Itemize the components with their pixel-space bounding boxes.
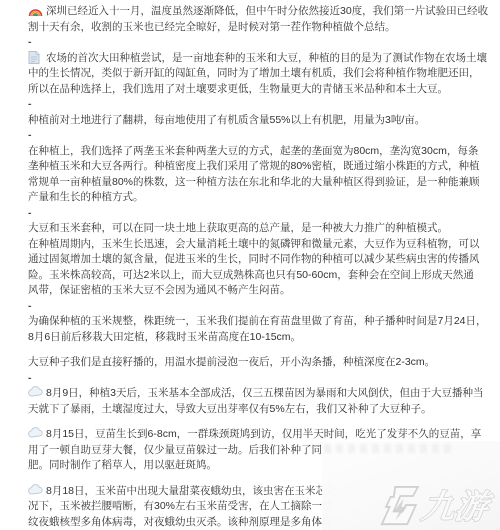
text-line-content: 大豆种子我们是直接籽播的，用温水提前浸泡一夜后，开小沟条播，种植深度在2-3cm… xyxy=(28,356,435,368)
text-line: 深圳已经近入十一月，温度虽然逐渐降低，但中午时分依然接近30度，我们第一片试验田… xyxy=(28,4,494,20)
text-line-content: 割十天有余，收割的玉米也已经完全晾好，是时候对第一茬作物种植做个总结。 xyxy=(28,21,396,33)
text-line-content: 肥。同时制作了稻草人，用以驱赶斑鸠。 xyxy=(28,459,217,471)
cloud-icon xyxy=(28,484,43,496)
text-line-content: 垄种植玉米和大豆各两行。种植密度上我们采用了常规的80%密植，既通过缩小株距的方… xyxy=(28,160,480,172)
text-line-content: 纹夜蛾核型多角体病毒，对夜蛾幼虫灭杀。该种剂原理是多角体病 xyxy=(28,516,333,528)
obscured-text-smudge xyxy=(324,444,454,453)
text-line-content: 用了一顿自助豆芽大餐，仅少量豆苗躲过一劫。后我们补种了同为 xyxy=(28,444,333,456)
text-line-content: 风带，保证密植的玉米大豆不会因为通风不畅产生闷苗。 xyxy=(28,284,291,296)
cloud-icon xyxy=(28,427,43,439)
text-line-content: 险。玉米株高较高，可达2米以上，而大豆成熟株高也只有50-60cm，套种会在空间… xyxy=(28,269,474,281)
text-line-content: 况下，玉米被拦腰啃断，有30%左右玉米苗受害，在人工摘除一部 xyxy=(28,500,333,512)
cloud-icon xyxy=(28,386,43,398)
article-page: 深圳已经近入十一月，温度虽然逐渐降低，但中午时分依然接近30度，我们第一片试验田… xyxy=(0,0,500,530)
paragraph-divider: - xyxy=(28,299,494,315)
text-line: 在种植周期内，玉米生长迅速，会大量消耗土壤中的氮磷钾和微量元素，大豆作为豆科植物… xyxy=(28,237,494,253)
text-line: 天就下了暴雨，土壤湿度过大，导致大豆出芽率仅有5%左右，我们又补种了大豆种子。 xyxy=(28,402,494,418)
text-line: 在种植上，我们选择了两垄玉米套种两垄大豆的方式，起垄的垄面宽为80cm，垄沟宽3… xyxy=(28,144,494,160)
paragraph-divider: - xyxy=(28,35,494,51)
paragraph-divider: - xyxy=(28,97,494,113)
paragraph: 8月9日，种植3天后，玉米基本全部成活，仅三五棵苗因为暴雨和大风倒伏，但由于大豆… xyxy=(28,386,494,417)
text-line-content: 8月18日，玉米苗中出现大量甜菜夜蛾幼虫，该虫害在玉米芯处 xyxy=(46,485,337,497)
text-line-content: 所以在品种选择上，我们选用了对土壤要求更低，生物量更大的青储玉米品种和本土大豆。 xyxy=(28,83,448,95)
text-line-content: 在种植周期内，玉米生长迅速，会大量消耗土壤中的氮磷钾和微量元素，大豆作为豆科植物… xyxy=(28,238,480,250)
text-line: 所以在品种选择上，我们选用了对土壤要求更低，生物量更大的青储玉米品种和本土大豆。 xyxy=(28,82,494,98)
watermark-text: 九游 xyxy=(417,484,500,528)
paragraph-divider: - xyxy=(28,206,494,222)
text-line: 垄种植玉米和大豆各两行。种植密度上我们采用了常规的80%密植，既通过缩小株距的方… xyxy=(28,159,494,175)
watermark-overlay: 九游 xyxy=(322,441,500,530)
text-line-content: 8月15日，豆苗生长到6-8cm，一群珠颈斑鸠到访，仅用半天时间，吃光了发芽不久… xyxy=(46,428,481,440)
text-line: 中的生长情况，类似于新开缸的闯缸鱼，同时为了增加土壤有机质，我们会将种植作物堆肥… xyxy=(28,66,494,82)
jiuyou-logo-icon xyxy=(375,484,421,528)
paragraph: 大豆种子我们是直接籽播的，用温水提前浸泡一夜后，开小沟条播，种植深度在2-3cm… xyxy=(28,355,494,371)
text-line-content: 产量和生长的种植方式。 xyxy=(28,191,144,203)
paragraph-gap xyxy=(28,345,494,355)
text-line: 风带，保证密植的玉米大豆不会因为通风不畅产生闷苗。 xyxy=(28,283,494,299)
text-line: 种植前对土地进行了翻耕，每亩地使用了有机质含量55%以上有机肥，用量为3吨/亩。 xyxy=(28,113,494,129)
text-line-content: 深圳已经近入十一月，温度虽然逐渐降低，但中午时分依然接近30度，我们第一片试验田… xyxy=(46,5,488,17)
paragraph: 农场的首次大田种植尝试，是一亩地套种的玉米和大豆，种植的目的是为了测试作物在农场… xyxy=(28,51,494,98)
text-line-content: 在种植上，我们选择了两垄玉米套种两垄大豆的方式，起垄的垄面宽为80cm，垄沟宽3… xyxy=(28,145,478,157)
watermark: 九游 xyxy=(375,484,500,528)
text-line-content: 8月6日前后移栽大田定植，移栽时玉米苗高度在10-15cm。 xyxy=(28,331,301,343)
text-line-content: 天就下了暴雨，土壤湿度过大，导致大豆出芽率仅有5%左右，我们又补种了大豆种子。 xyxy=(28,403,432,415)
rainbow-icon xyxy=(28,4,43,16)
text-line-content: 农场的首次大田种植尝试，是一亩地套种的玉米和大豆，种植的目的是为了测试作物在农场… xyxy=(46,52,487,64)
paragraph: 种植前对土地进行了翻耕，每亩地使用了有机质含量55%以上有机肥，用量为3吨/亩。 xyxy=(28,113,494,129)
paragraph-gap xyxy=(28,417,494,427)
paragraph-divider: - xyxy=(28,371,494,387)
paragraph: 在种植上，我们选择了两垄玉米套种两垄大豆的方式，起垄的垄面宽为80cm，垄沟宽3… xyxy=(28,144,494,206)
text-line: 常规单一亩种植量80%的株数，这一种植方法在东北和华北的大量种植区得到验证，是一… xyxy=(28,175,494,191)
text-line: 割十天有余，收割的玉米也已经完全晾好，是时候对第一茬作物种植做个总结。 xyxy=(28,20,494,36)
page-icon xyxy=(28,51,43,63)
text-line: 大豆和玉米套种，可以在同一块土地上获取更高的总产量，是一种被大力推广的种植模式。 xyxy=(28,221,494,237)
text-line-content: 大豆和玉米套种，可以在同一块土地上获取更高的总产量，是一种被大力推广的种植模式。 xyxy=(28,222,448,234)
paragraph: 深圳已经近入十一月，温度虽然逐渐降低，但中午时分依然接近30度，我们第一片试验田… xyxy=(28,4,494,35)
paragraph: 大豆和玉米套种，可以在同一块土地上获取更高的总产量，是一种被大力推广的种植模式。… xyxy=(28,221,494,299)
text-line-content: 中的生长情况，类似于新开缸的闯缸鱼，同时为了增加土壤有机质，我们会将种植作物堆肥… xyxy=(28,67,480,79)
paragraph-divider: - xyxy=(28,128,494,144)
text-line-content: 8月9日，种植3天后，玉米基本全部成活，仅三五棵苗因为暴雨和大风倒伏，但由于大豆… xyxy=(46,387,484,399)
text-line-content: 为确保种植的玉米规整，株距统一，玉米我们提前在育苗盘里做了育苗，种子播种时间是7… xyxy=(28,315,487,327)
svg-text:九游: 九游 xyxy=(419,489,496,526)
text-line: 8月6日前后移栽大田定植，移栽时玉米苗高度在10-15cm。 xyxy=(28,330,494,346)
text-line: 农场的首次大田种植尝试，是一亩地套种的玉米和大豆，种植的目的是为了测试作物在农场… xyxy=(28,51,494,67)
text-line: 8月9日，种植3天后，玉米基本全部成活，仅三五棵苗因为暴雨和大风倒伏，但由于大豆… xyxy=(28,386,494,402)
paragraph: 为确保种植的玉米规整，株距统一，玉米我们提前在育苗盘里做了育苗，种子播种时间是7… xyxy=(28,314,494,345)
text-line-content: 种植前对土地进行了翻耕，每亩地使用了有机质含量55%以上有机肥，用量为3吨/亩。 xyxy=(28,114,425,126)
text-line-content: 通过固氮增加土壤的氮含量，促进玉米的生长，同时不同作物的种植可以减少某些病虫害的… xyxy=(28,253,480,265)
text-line: 产量和生长的种植方式。 xyxy=(28,190,494,206)
text-line: 为确保种植的玉米规整，株距统一，玉米我们提前在育苗盘里做了育苗，种子播种时间是7… xyxy=(28,314,494,330)
text-line-content: 常规单一亩种植量80%的株数，这一种植方法在东北和华北的大量种植区得到验证，是一… xyxy=(28,176,480,188)
text-line: 大豆种子我们是直接籽播的，用温水提前浸泡一夜后，开小沟条播，种植深度在2-3cm… xyxy=(28,355,494,371)
text-line: 通过固氮增加土壤的氮含量，促进玉米的生长，同时不同作物的种植可以减少某些病虫害的… xyxy=(28,252,494,268)
text-line: 险。玉米株高较高，可达2米以上，而大豆成熟株高也只有50-60cm，套种会在空间… xyxy=(28,268,494,284)
